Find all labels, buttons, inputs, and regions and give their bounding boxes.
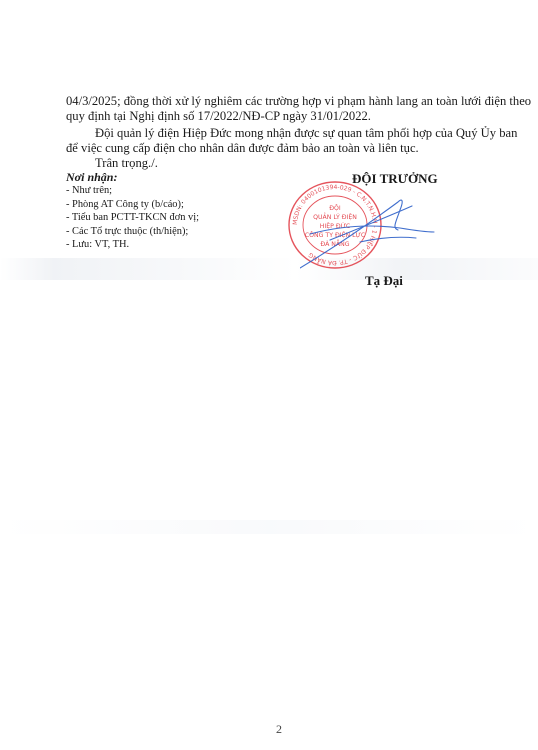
body-line: 04/3/2025; đồng thời xử lý nghiêm các tr…: [66, 94, 531, 110]
recipient-item: - Như trên;: [66, 184, 199, 198]
recipient-item: - Lưu: VT, TH.: [66, 238, 199, 252]
recipients-block: Nơi nhận: - Như trên; - Phòng AT Công ty…: [66, 170, 199, 252]
scan-smudge: [0, 520, 538, 534]
document-page: 04/3/2025; đồng thời xử lý nghiêm các tr…: [0, 0, 538, 750]
scan-smudge: [0, 258, 538, 280]
recipient-item: - Phòng AT Công ty (b/cáo);: [66, 198, 199, 212]
page-number: 2: [276, 722, 282, 737]
recipient-item: - Các Tổ trực thuộc (th/hiện);: [66, 225, 199, 239]
recipient-item: - Tiểu ban PCTT-TKCN đơn vị;: [66, 211, 199, 225]
body-line: Đội quản lý điện Hiệp Đức mong nhận được…: [95, 126, 517, 142]
signer-name: Tạ Đại: [365, 273, 403, 289]
body-line: quy định tại Nghị định số 17/2022/NĐ-CP …: [66, 109, 371, 125]
handwritten-signature-icon: [300, 190, 440, 270]
body-line: để việc cung cấp điện cho nhân dân được …: [66, 141, 419, 157]
recipients-heading: Nơi nhận:: [66, 170, 199, 184]
